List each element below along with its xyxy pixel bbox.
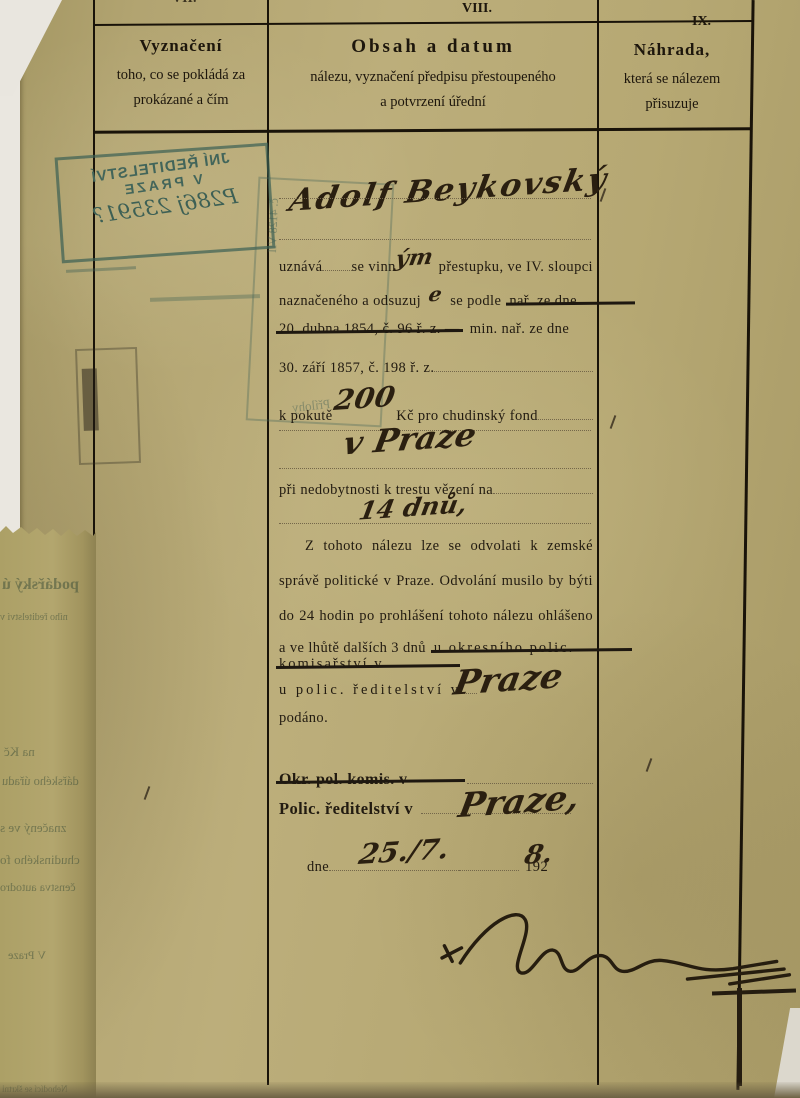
ghost-text: ního ředitelství v (0, 612, 68, 623)
header-col2-sub2: a potvrzení úřední (271, 90, 595, 115)
line-odsuzuje: naznačeného a odsuzuj e se podle nař. ze… (279, 286, 593, 310)
line-podano: podáno. (279, 710, 593, 727)
ghost-text: dářského úřadu (2, 774, 79, 789)
dotted-blank (459, 855, 519, 871)
struck-komisarstvi: komisařství v (279, 656, 384, 673)
column-number-vii: VII. (172, 0, 197, 7)
handwritten-e: e (427, 282, 445, 307)
handwritten-200: 200 (331, 380, 397, 417)
faint-stamp-outline (75, 347, 141, 465)
header-col1-title: Vyznačení (97, 36, 265, 56)
column-number-viii: VIII. (462, 1, 492, 17)
ruled-line (279, 468, 591, 469)
text-polic-reditelstvi: Polic. ředitelství v (279, 799, 413, 819)
registry-stamp-box: JNÍ ŘEDITELSTVÍ V PRAZE P286j 23591? (55, 143, 276, 264)
struck-nar-ze-dne: nař. ze dne (509, 293, 577, 310)
ruled-line (279, 239, 591, 240)
text-zari-1857: 30. září 1857, č. 198 ř. z. (279, 360, 434, 377)
ghost-text: V Praze (8, 948, 46, 963)
header-col3-sub1: která se nálezem (601, 67, 743, 92)
signature-scrawl (427, 884, 798, 1023)
header-col1-sub2: prokázané a čím (97, 88, 265, 113)
text-prestupku: přestupku, ve IV. sloupci (439, 259, 593, 276)
line-1857: 30. září 1857, č. 198 ř. z. (279, 356, 593, 377)
line-1854: 20. dubna 1854, č. 96 ř. z. — min. nař. … (279, 321, 593, 338)
ghost-text: značený ve s (0, 820, 66, 836)
paragraph-line-1: Z tohoto nálezu lze se odvolati k zemské (279, 538, 593, 555)
pen-vertical (737, 988, 742, 1086)
ghost-text: chudinského fo (0, 852, 80, 868)
handwritten-date: 25./7. (356, 832, 451, 871)
header-col1-sub1: toho, co se pokládá za (97, 63, 265, 88)
text-k-pokute: k pokutě (279, 408, 333, 425)
document-scan: VII. VIII. IX. Vyznačení toho, co se pok… (0, 0, 800, 1098)
paragraph-line-3: do 24 hodin po prohlášení tohoto nálezu … (279, 608, 593, 625)
handwritten-year-digit: 8. (522, 839, 555, 871)
header-col1: Vyznačení toho, co se pokládá za prokáza… (97, 36, 265, 113)
text-min-nar: min. nař. ze dne (470, 321, 569, 338)
ghost-text: čenstva autodro (0, 880, 76, 895)
paragraph-line-2: správě politické v Praze. Odvolání musil… (279, 573, 593, 590)
dotted-blank (493, 478, 593, 494)
text-lhuta: a ve lhůtě dalších 3 dnů (279, 640, 426, 657)
ghost-text: na Kč (4, 744, 35, 760)
faint-stamp-mark (82, 368, 99, 430)
dotted-blank (322, 256, 351, 272)
text-se-vinn: se vinn (352, 259, 396, 276)
ghost-case-number: č. 4128 VII (265, 198, 282, 253)
dotted-blank (538, 405, 593, 421)
text-uznava: uznává (279, 259, 322, 276)
header-col2: Obsah a datum nálezu, vyznačení předpisu… (271, 36, 595, 115)
text-u-polic-reditelstvi: u polic. ředitelství v (279, 682, 461, 699)
dotted-blank (434, 356, 593, 372)
header-col3: Náhrada, která se nálezem přisuzuje (601, 40, 743, 117)
header-col3-title: Náhrada, (601, 40, 743, 60)
struck-okr-pol-komis: Okr. pol. komis. v (279, 771, 407, 789)
text-podano: podáno. (279, 710, 328, 727)
text-dne: dne (307, 859, 329, 876)
column-number-ix: IX. (692, 14, 711, 30)
text-naznaceneho: naznačeného a odsuzuj (279, 293, 421, 310)
ghost-text: podářský ú (2, 576, 79, 594)
ruled-line (279, 523, 591, 524)
struck-dubna-1854: 20. dubna 1854, č. 96 ř. z. — (279, 321, 460, 338)
handwritten-praze-1: Praze (451, 656, 566, 703)
handwritten-ym: ým (393, 244, 435, 273)
header-col3-sub2: přisuzuje (601, 92, 743, 117)
text-se-podle: se podle (450, 293, 501, 310)
header-col2-title: Obsah a datum (271, 36, 595, 58)
page-bottom-edge (0, 1082, 800, 1098)
paragraph-line-4: a ve lhůtě dalších 3 dnů u okresního pol… (279, 640, 593, 657)
struck-okresniho-polic: u okresního polic. (434, 640, 574, 657)
attached-sheet (0, 524, 96, 1098)
ruled-line (279, 198, 591, 199)
header-col2-sub1: nálezu, vyznačení předpisu přestoupeného (271, 65, 595, 90)
line-uznava: uznává se vinn ým přestupku, ve IV. slou… (279, 251, 593, 277)
